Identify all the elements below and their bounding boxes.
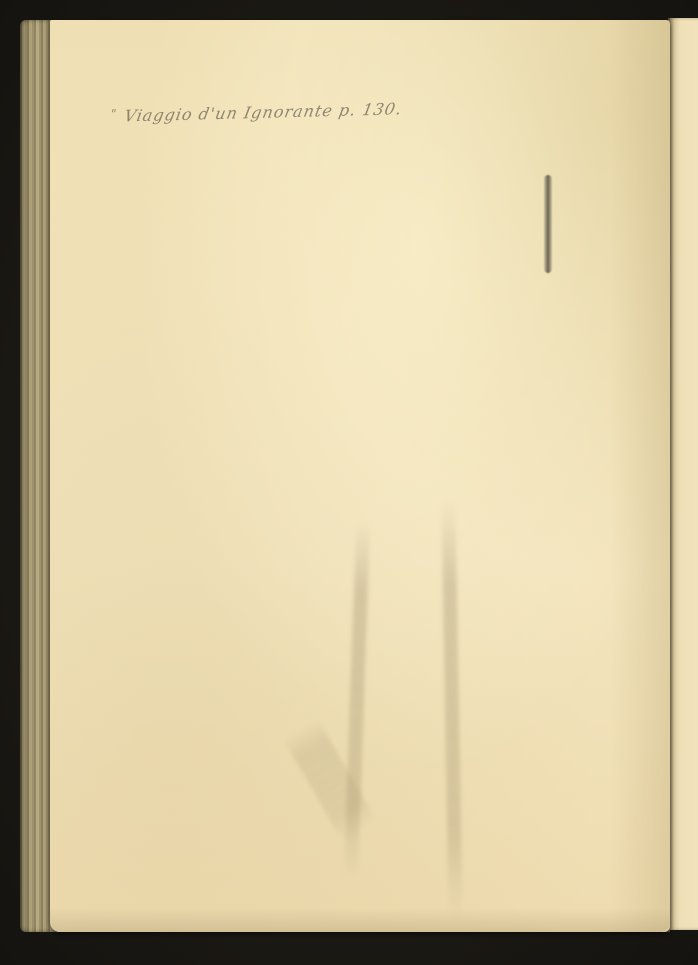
annotation-marker: " [109,107,118,121]
gutter-shadow [610,20,670,932]
adjacent-page-edge [668,18,698,930]
water-stain [283,718,378,842]
scanned-page-view: "Viaggio d'un Ignorante p. 130. [0,0,698,965]
pencil-mark [544,175,552,273]
manuscript-page [50,20,670,932]
water-stain [441,500,462,920]
